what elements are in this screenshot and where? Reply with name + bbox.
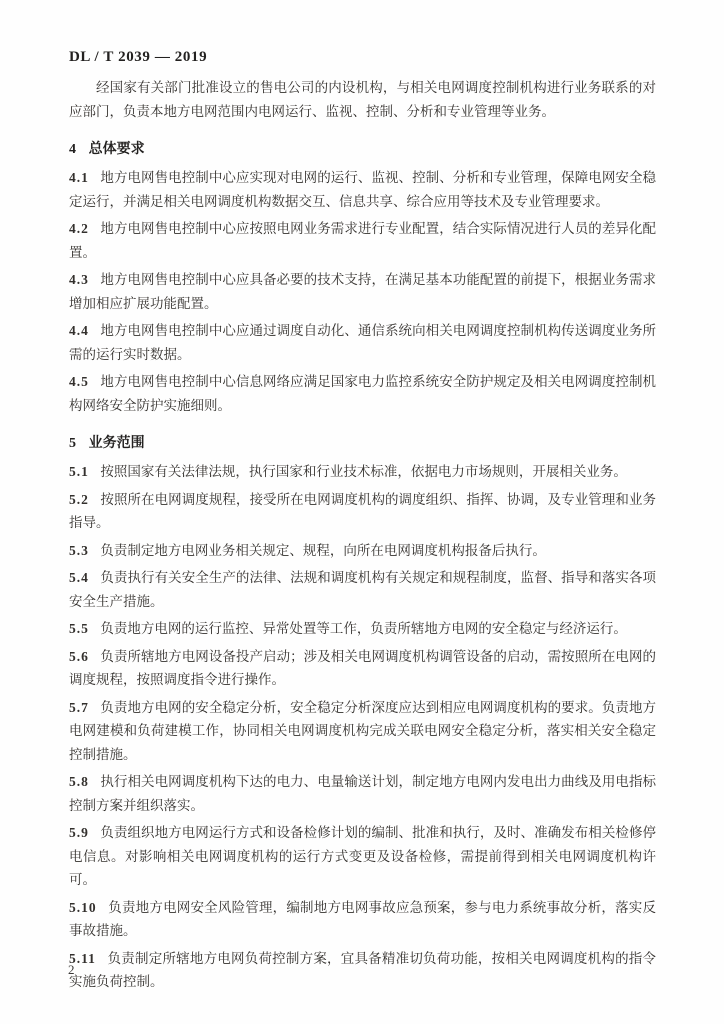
clause-5-4: 5.4负责执行有关安全生产的法律、法规和调度机构有关规定和规程制度，监督、指导和… — [69, 566, 656, 613]
clause-number: 5.9 — [69, 825, 89, 840]
clause-5-2: 5.2按照所在电网调度规程，接受所在电网调度机构的调度组织、指挥、协调，及专业管… — [69, 488, 656, 535]
clause-number: 5.3 — [69, 543, 89, 558]
clause-text: 地方电网售电控制中心应实现对电网的运行、监视、控制、分析和专业管理，保障电网安全… — [69, 170, 656, 209]
section-title: 业务范围 — [89, 436, 145, 451]
clause-text: 地方电网售电控制中心应通过调度自动化、通信系统向相关电网调度控制机构传送调度业务… — [69, 323, 656, 362]
clause-text: 地方电网售电控制中心应按照电网业务需求进行专业配置，结合实际情况进行人员的差异化… — [69, 221, 656, 260]
clause-text: 按照所在电网调度规程，接受所在电网调度机构的调度组织、指挥、协调，及专业管理和业… — [69, 492, 656, 531]
clause-5-6: 5.6负责所辖地方电网设备投产启动；涉及相关电网调度机构调管设备的启动，需按照所… — [69, 645, 656, 692]
clause-number: 5.6 — [69, 649, 89, 664]
clause-4-3: 4.3地方电网售电控制中心应具备必要的技术支持，在满足基本功能配置的前提下，根据… — [69, 268, 656, 315]
clause-number: 4.1 — [69, 170, 89, 185]
clause-number: 5.7 — [69, 700, 89, 715]
clause-number: 5.1 — [69, 464, 89, 479]
page-number: 2 — [68, 962, 75, 978]
clause-5-10: 5.10负责地方电网安全风险管理，编制地方电网事故应急预案，参与电力系统事故分析… — [69, 896, 656, 943]
page-content: DL / T 2039 — 2019 经国家有关部门批准设立的售电公司的内设机构… — [0, 0, 724, 994]
intro-paragraph: 经国家有关部门批准设立的售电公司的内设机构，与相关电网调度控制机构进行业务联系的… — [69, 76, 656, 123]
clause-5-9: 5.9负责组织地方电网运行方式和设备检修计划的编制、批准和执行，及时、准确发布相… — [69, 821, 656, 892]
clause-5-11: 5.11负责制定所辖地方电网负荷控制方案，宜具备精准切负荷功能，按相关电网调度机… — [69, 947, 656, 994]
clause-text: 地方电网售电控制中心应具备必要的技术支持，在满足基本功能配置的前提下，根据业务需… — [69, 272, 656, 311]
clause-4-4: 4.4地方电网售电控制中心应通过调度自动化、通信系统向相关电网调度控制机构传送调… — [69, 319, 656, 366]
clause-text: 负责制定地方电网业务相关规定、规程，向所在电网调度机构报备后执行。 — [100, 543, 546, 558]
section-heading-5: 5业务范围 — [69, 435, 656, 453]
clause-4-1: 4.1地方电网售电控制中心应实现对电网的运行、监视、控制、分析和专业管理，保障电… — [69, 166, 656, 213]
clause-number: 4.2 — [69, 221, 89, 236]
clause-4-2: 4.2地方电网售电控制中心应按照电网业务需求进行专业配置，结合实际情况进行人员的… — [69, 217, 656, 264]
section-number: 5 — [69, 436, 76, 451]
clause-text: 负责地方电网的安全稳定分析，安全稳定分析深度应达到相应电网调度机构的要求。负责地… — [69, 700, 656, 762]
clause-number: 4.4 — [69, 323, 89, 338]
clause-number: 4.3 — [69, 272, 89, 287]
clause-text: 按照国家有关法律法规，执行国家和行业技术标准，依据电力市场规则，开展相关业务。 — [100, 464, 627, 479]
document-page: DL / T 2039 — 2019 经国家有关部门批准设立的售电公司的内设机构… — [0, 0, 724, 1024]
clause-text: 负责执行有关安全生产的法律、法规和调度机构有关规定和规程制度，监督、指导和落实各… — [69, 570, 656, 609]
clause-number: 4.5 — [69, 374, 89, 389]
clause-4-5: 4.5地方电网售电控制中心信息网络应满足国家电力监控系统安全防护规定及相关电网调… — [69, 370, 656, 417]
clause-number: 5.10 — [69, 900, 97, 915]
section-heading-4: 4总体要求 — [69, 141, 656, 159]
clause-5-3: 5.3负责制定地方电网业务相关规定、规程，向所在电网调度机构报备后执行。 — [69, 539, 656, 563]
clause-text: 负责制定所辖地方电网负荷控制方案，宜具备精准切负荷功能，按相关电网调度机构的指令… — [69, 951, 656, 990]
clause-number: 5.5 — [69, 621, 89, 636]
clause-text: 负责地方电网安全风险管理，编制地方电网事故应急预案，参与电力系统事故分析，落实反… — [69, 900, 656, 939]
section-number: 4 — [69, 142, 76, 157]
clause-text: 执行相关电网调度机构下达的电力、电量输送计划，制定地方电网内发电出力曲线及用电指… — [69, 774, 656, 813]
clause-number: 5.8 — [69, 774, 89, 789]
clause-number: 5.2 — [69, 492, 89, 507]
clause-5-5: 5.5负责地方电网的运行监控、异常处置等工作，负责所辖地方电网的安全稳定与经济运… — [69, 617, 656, 641]
clause-text: 负责组织地方电网运行方式和设备检修计划的编制、批准和执行，及时、准确发布相关检修… — [69, 825, 656, 887]
clause-5-1: 5.1按照国家有关法律法规，执行国家和行业技术标准，依据电力市场规则，开展相关业… — [69, 460, 656, 484]
standard-number-header: DL / T 2039 — 2019 — [69, 49, 656, 66]
clause-number: 5.4 — [69, 570, 89, 585]
clause-text: 地方电网售电控制中心信息网络应满足国家电力监控系统安全防护规定及相关电网调度控制… — [69, 374, 656, 413]
clause-5-8: 5.8执行相关电网调度机构下达的电力、电量输送计划，制定地方电网内发电出力曲线及… — [69, 770, 656, 817]
clause-text: 负责地方电网的运行监控、异常处置等工作，负责所辖地方电网的安全稳定与经济运行。 — [100, 621, 627, 636]
section-title: 总体要求 — [89, 142, 145, 157]
clause-5-7: 5.7负责地方电网的安全稳定分析，安全稳定分析深度应达到相应电网调度机构的要求。… — [69, 696, 656, 767]
clause-text: 负责所辖地方电网设备投产启动；涉及相关电网调度机构调管设备的启动，需按照所在电网… — [69, 649, 656, 688]
